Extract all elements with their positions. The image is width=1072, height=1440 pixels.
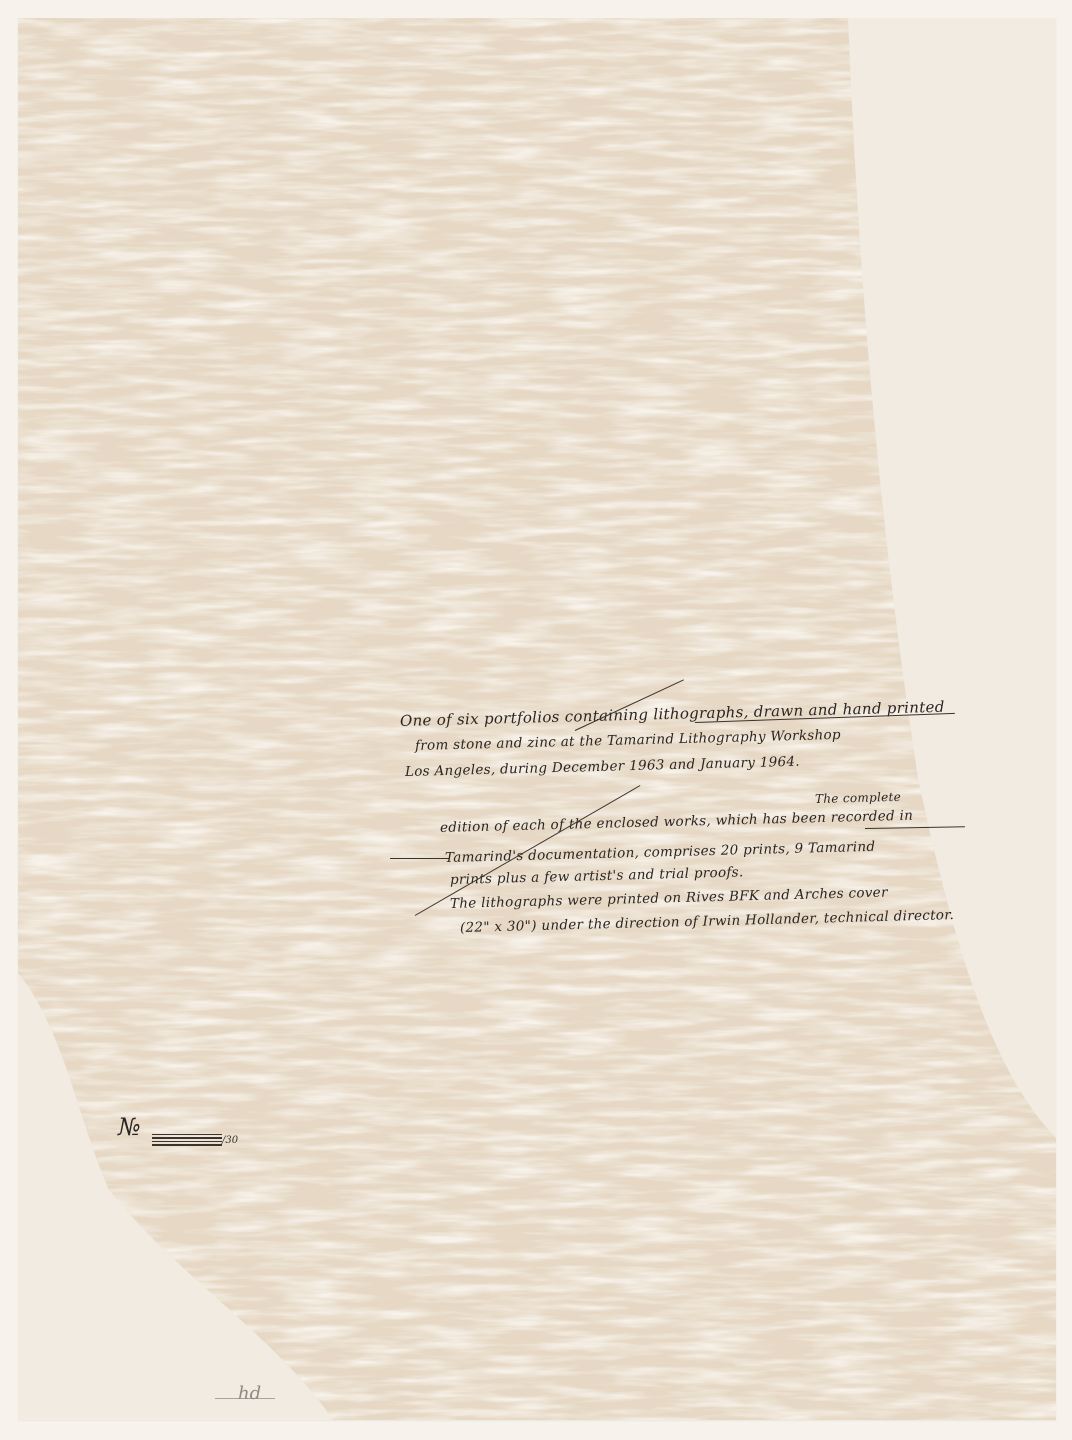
pen-flourish <box>390 858 450 859</box>
colophon-line: The complete <box>815 790 901 806</box>
pencil-signature: hd <box>238 1383 261 1404</box>
edition-number-prefix: № <box>118 1113 141 1141</box>
edition-number-tail: /30 <box>222 1135 238 1146</box>
